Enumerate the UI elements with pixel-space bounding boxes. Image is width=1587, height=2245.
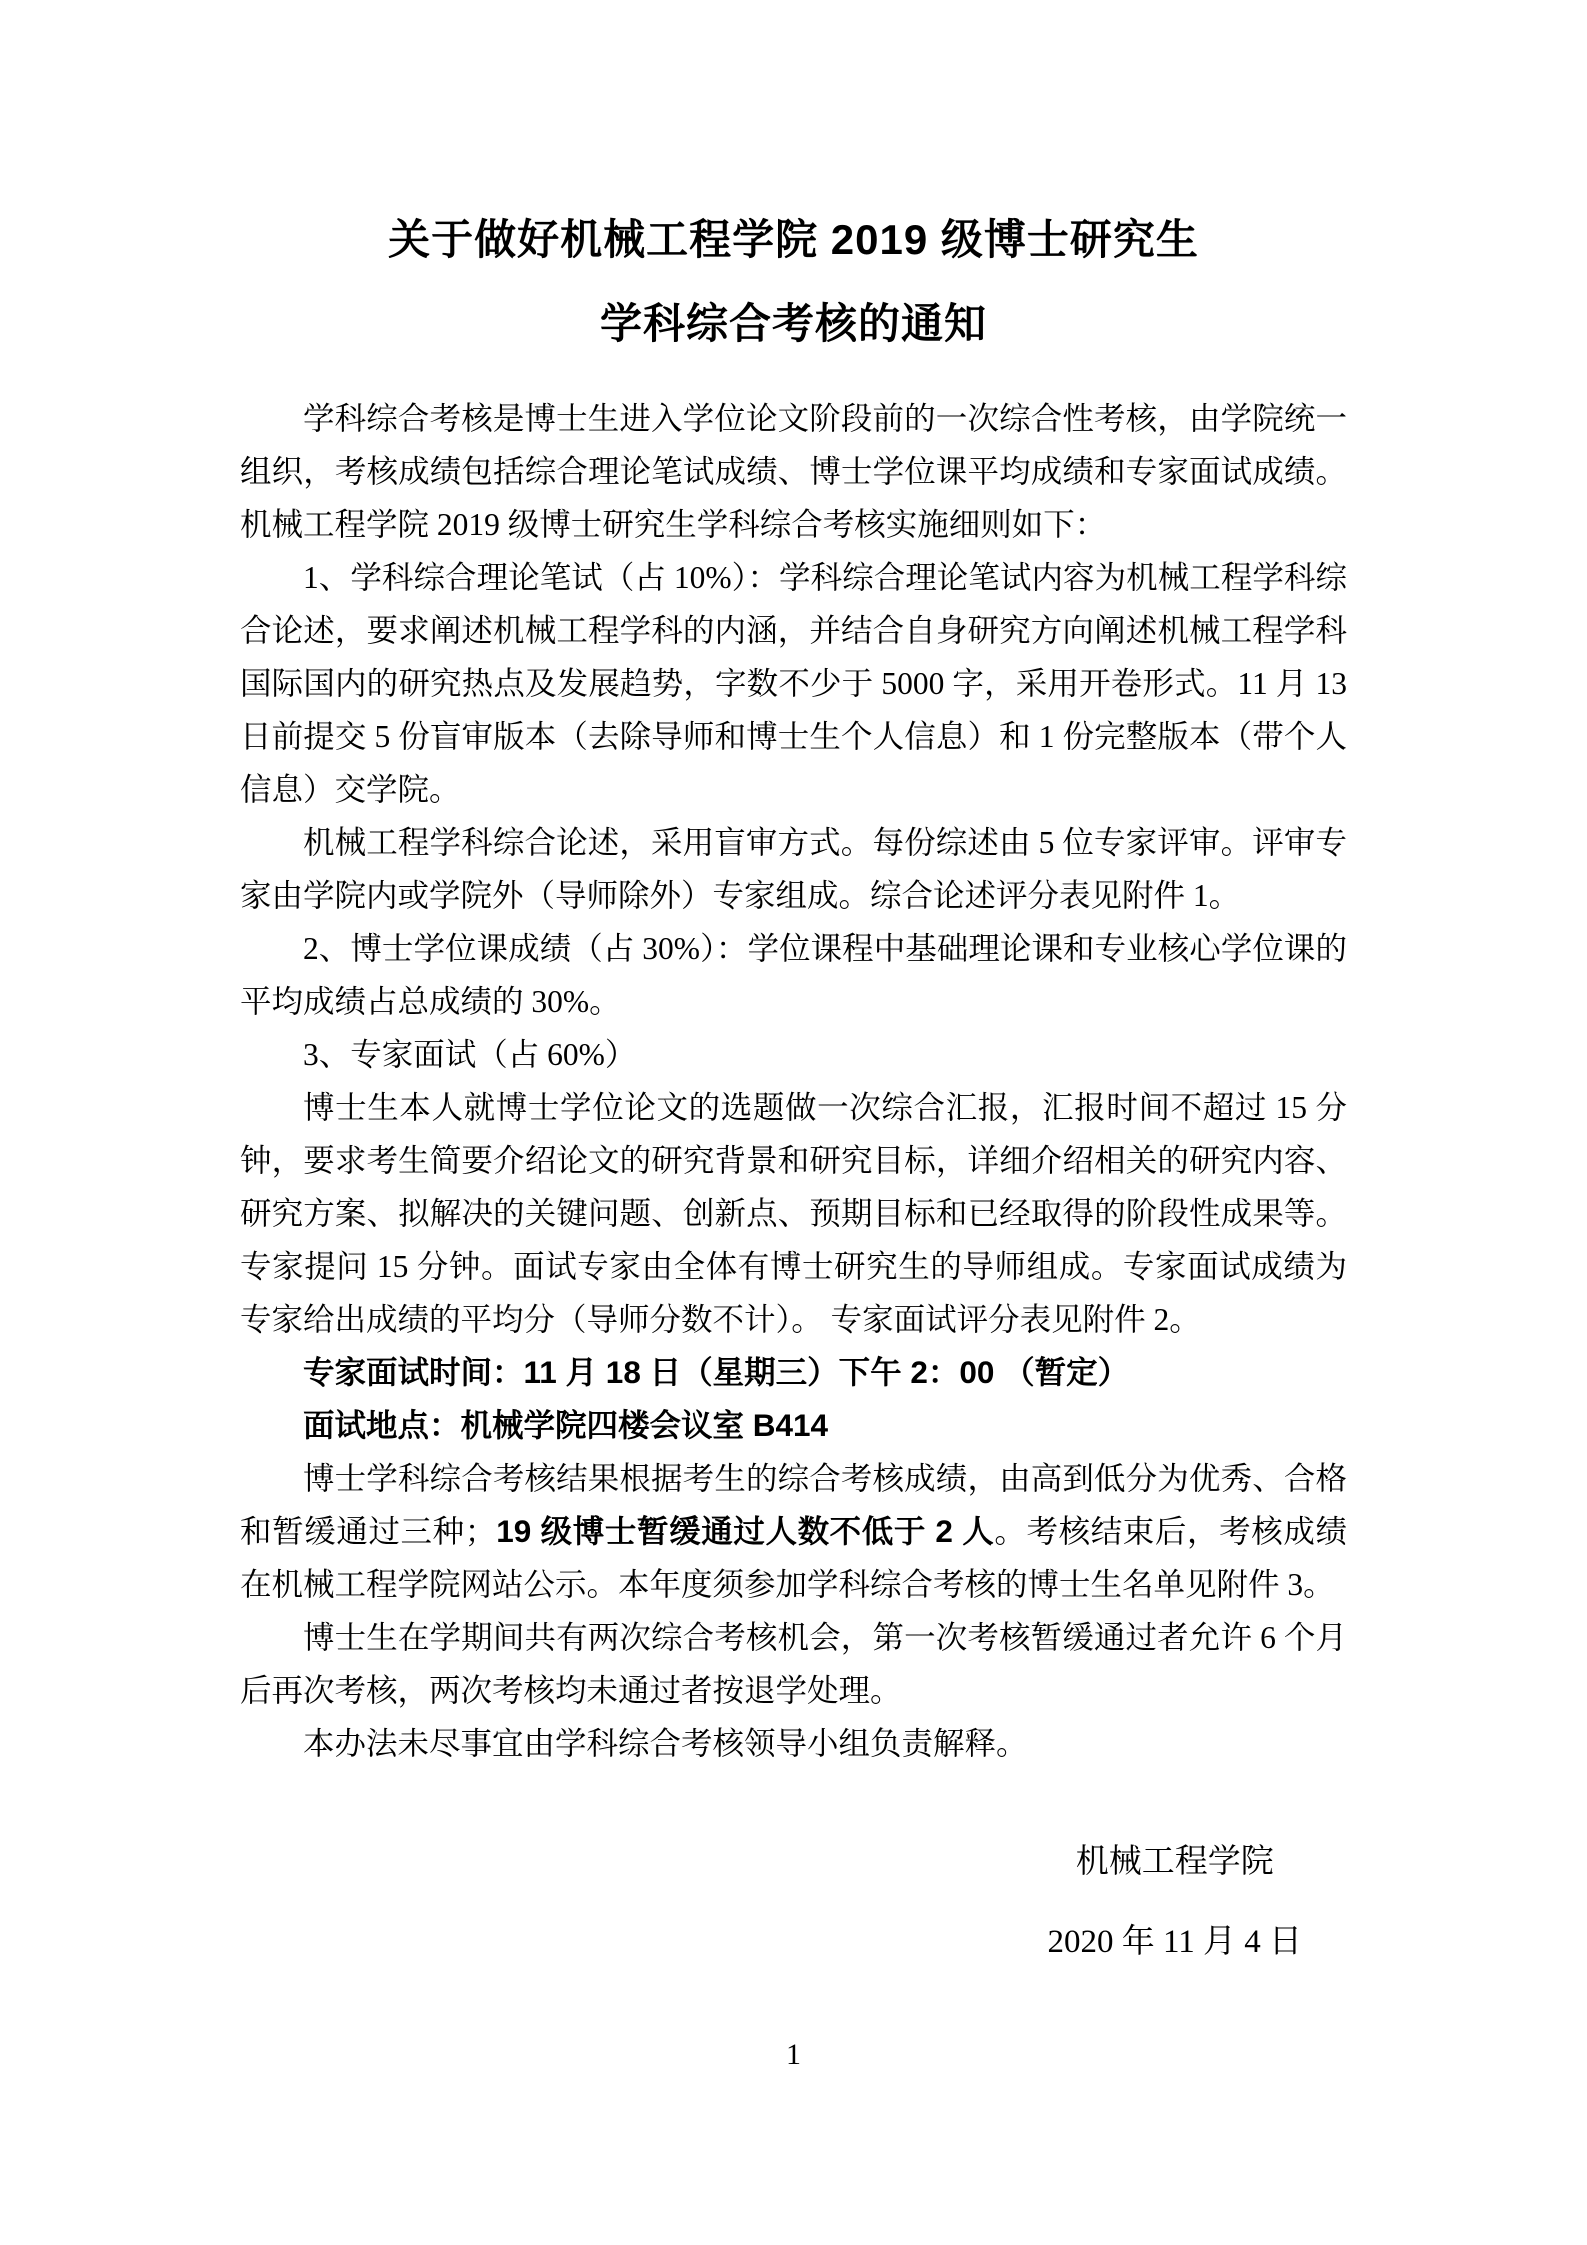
bold-text-segment: 专家面试时间：11 月 18 日（星期三）下午 2：00 （暂定） (303, 1354, 1129, 1390)
text-segment: 2、博士学位课成绩（占 30%）：学位课程中基础理论课和专业核心学位课的平均成绩… (240, 931, 1347, 1019)
bold-text-segment: 面试地点：机械学院四楼会议室 B414 (303, 1407, 828, 1443)
intro-paragraph: 学科综合考核是博士生进入学位论文阶段前的一次综合性考核，由学院统一组织，考核成绩… (240, 392, 1347, 551)
text-segment: 博士生在学期间共有两次综合考核机会，第一次考核暂缓通过者允许 6 个月后再次考核… (240, 1620, 1347, 1708)
item-2-degree-courses: 2、博士学位课成绩（占 30%）：学位课程中基础理论课和专业核心学位课的平均成绩… (240, 922, 1347, 1028)
blind-review-paragraph: 机械工程学科综合论述，采用盲审方式。每份综述由 5 位专家评审。评审专家由学院内… (240, 816, 1347, 922)
text-segment: 1、学科综合理论笔试（占 10%）：学科综合理论笔试内容为机械工程学科综合论述，… (240, 560, 1347, 807)
interview-time-line: 专家面试时间：11 月 18 日（星期三）下午 2：00 （暂定） (240, 1346, 1347, 1399)
signature-organization: 机械工程学院 (1047, 1822, 1302, 1902)
text-segment: 博士生本人就博士学位论文的选题做一次综合汇报，汇报时间不超过 15 分钟，要求考… (240, 1090, 1347, 1337)
interpretation-paragraph: 本办法未尽事宜由学科综合考核领导小组负责解释。 (240, 1717, 1347, 1770)
signature-date: 2020 年 11 月 4 日 (1047, 1902, 1302, 1982)
text-segment: 3、专家面试（占 60%） (303, 1037, 636, 1072)
document-title: 关于做好机械工程学院 2019 级博士研究生 学科综合考核的通知 (240, 198, 1347, 366)
title-line-2: 学科综合考核的通知 (240, 282, 1347, 366)
bold-text-segment: 19 级博士暂缓通过人数不低于 2 人 (496, 1513, 994, 1549)
item-1-written-test: 1、学科综合理论笔试（占 10%）：学科综合理论笔试内容为机械工程学科综合论述，… (240, 551, 1347, 816)
interview-detail-paragraph: 博士生本人就博士学位论文的选题做一次综合汇报，汇报时间不超过 15 分钟，要求考… (240, 1081, 1347, 1346)
text-segment: 本办法未尽事宜由学科综合考核领导小组负责解释。 (303, 1726, 1028, 1761)
document-page: 关于做好机械工程学院 2019 级博士研究生 学科综合考核的通知 学科综合考核是… (0, 0, 1587, 2245)
signature-block: 机械工程学院 2020 年 11 月 4 日 (1047, 1822, 1302, 1982)
title-line-1: 关于做好机械工程学院 2019 级博士研究生 (240, 198, 1347, 282)
interview-location-line: 面试地点：机械学院四楼会议室 B414 (240, 1399, 1347, 1452)
retake-policy-paragraph: 博士生在学期间共有两次综合考核机会，第一次考核暂缓通过者允许 6 个月后再次考核… (240, 1611, 1347, 1717)
text-segment: 学科综合考核是博士生进入学位论文阶段前的一次综合性考核，由学院统一组织，考核成绩… (240, 401, 1347, 542)
text-segment: 机械工程学科综合论述，采用盲审方式。每份综述由 5 位专家评审。评审专家由学院内… (240, 825, 1347, 913)
result-grading-paragraph: 博士学科综合考核结果根据考生的综合考核成绩，由高到低分为优秀、合格和暂缓通过三种… (240, 1452, 1347, 1611)
document-body: 学科综合考核是博士生进入学位论文阶段前的一次综合性考核，由学院统一组织，考核成绩… (240, 392, 1347, 1770)
item-3-expert-interview: 3、专家面试（占 60%） (240, 1028, 1347, 1081)
page-number: 1 (0, 2040, 1587, 2070)
